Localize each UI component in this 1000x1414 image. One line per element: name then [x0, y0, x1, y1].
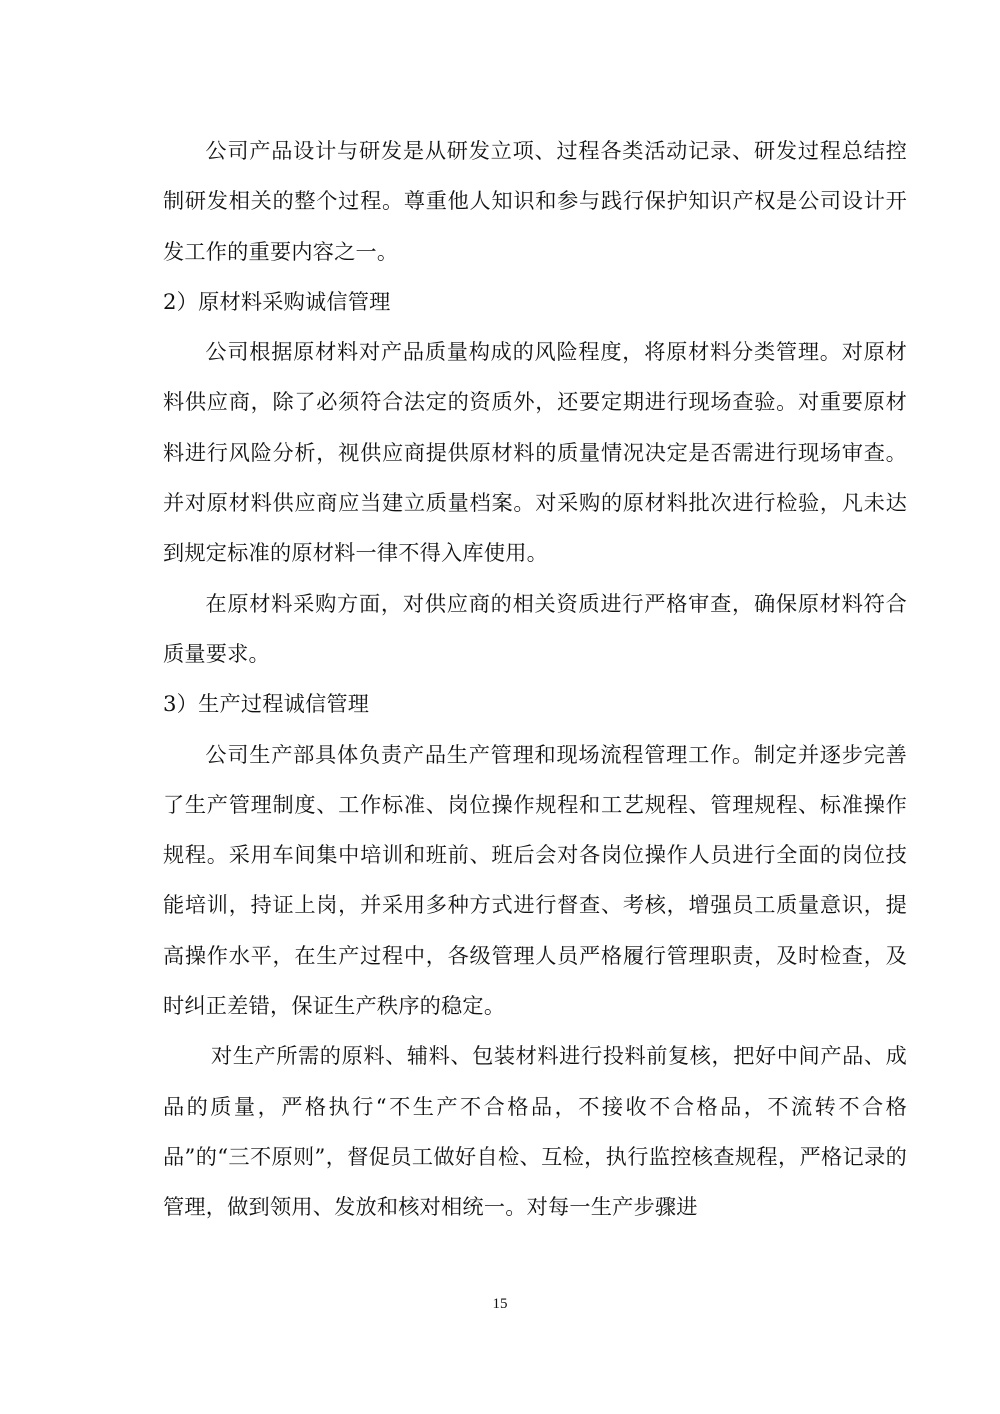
page-body: 公司产品设计与研发是从研发立项、过程各类活动记录、研发过程总结控制研发相关的整个… [163, 126, 907, 1233]
paragraph-material-verification: 对生产所需的原料、辅料、包装材料进行投料前复核，把好中间产品、成品的质量，严格执… [163, 1031, 907, 1232]
document-page: 公司产品设计与研发是从研发立项、过程各类活动记录、研发过程总结控制研发相关的整个… [0, 0, 1000, 1414]
paragraph-supplier-qualification: 在原材料采购方面，对供应商的相关资质进行严格审查，确保原材料符合质量要求。 [163, 579, 907, 680]
paragraph-rd-process: 公司产品设计与研发是从研发立项、过程各类活动记录、研发过程总结控制研发相关的整个… [163, 126, 907, 277]
section-heading-raw-material-procurement: 2）原材料采购诚信管理 [163, 277, 907, 327]
paragraph-raw-material-classification: 公司根据原材料对产品质量构成的风险程度，将原材料分类管理。对原材料供应商，除了必… [163, 327, 907, 578]
section-heading-production-process: 3）生产过程诚信管理 [163, 679, 907, 729]
paragraph-production-management: 公司生产部具体负责产品生产管理和现场流程管理工作。制定并逐步完善了生产管理制度、… [163, 730, 907, 1032]
page-number: 15 [0, 1296, 1000, 1313]
